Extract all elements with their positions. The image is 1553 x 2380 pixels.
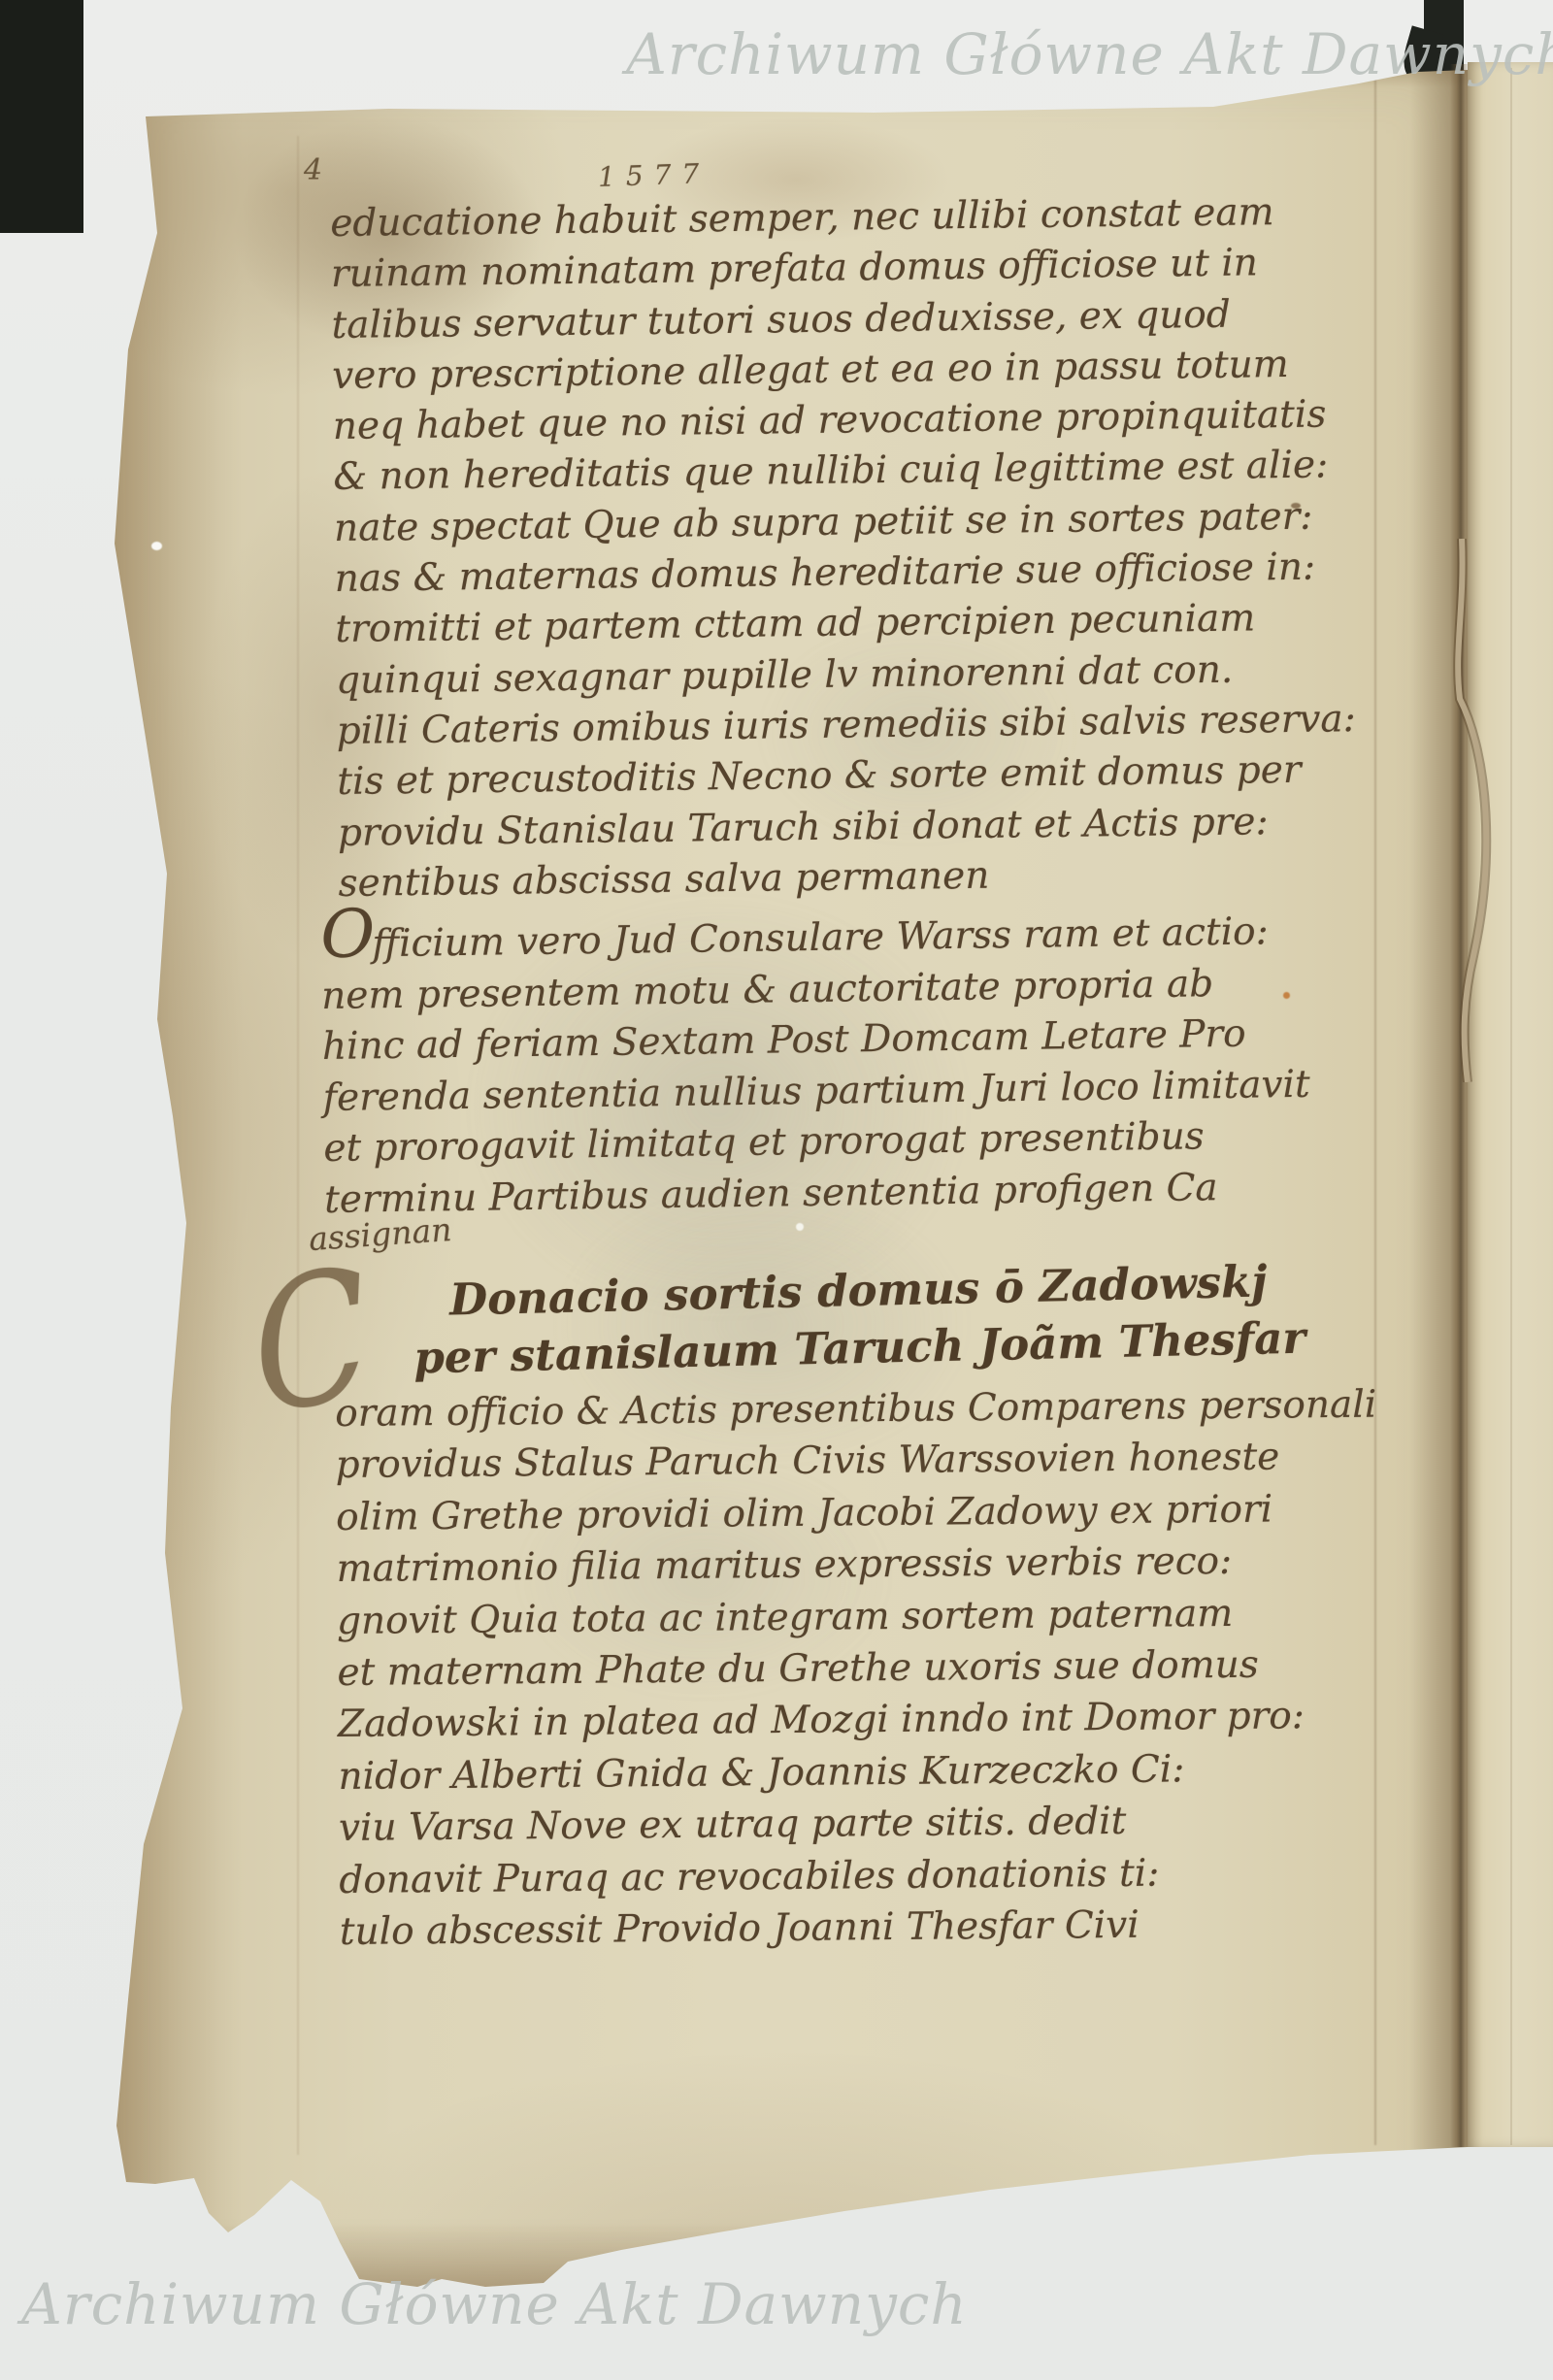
paper-speck: [122, 687, 132, 697]
section-heading: Donacio sortis domus ō Zadowskj per stan…: [329, 1250, 1389, 1389]
sewing-thread: [1433, 539, 1495, 1082]
archive-watermark-top: Archiwum Główne Akt Dawnych: [626, 21, 1553, 87]
paper-speck: [151, 542, 162, 550]
manuscript-line: olim Grethe providi olim Jacobi Zadowy e…: [336, 1482, 1413, 1543]
torn-edge-shading: [97, 58, 243, 2291]
manuscript-line: tulo abscessit Provido Joanni Thesfar Ci…: [340, 1897, 1417, 1958]
manuscript-line: providus Stalus Paruch Civis Warssovien …: [335, 1431, 1412, 1492]
manuscript-line: nidor Alberti Gnida & Joannis Kurzeczko …: [338, 1741, 1415, 1802]
archive-watermark-bottom: Archiwum Główne Akt Dawnych: [21, 2271, 968, 2337]
paper-speck: [796, 1223, 804, 1231]
manuscript-line: gnovit Quia tota ac integram sortem pate…: [337, 1586, 1414, 1647]
vertical-fold-crease: [297, 136, 299, 2155]
binding-gutter: [1450, 64, 1470, 2147]
manuscript-line: matrimonio filia maritus expressis verbi…: [336, 1535, 1413, 1596]
year-heading: 1577: [597, 157, 710, 193]
paragraph-1: educatione habuit semper, nec ullibi con…: [330, 185, 1416, 909]
facing-page-crease: [1510, 68, 1512, 2145]
manuscript-line: et maternam Phate du Grethe uxoris sue d…: [337, 1637, 1414, 1699]
folio-number: 4: [304, 153, 322, 187]
manuscript-line: oram officio & Actis presentibus Compare…: [335, 1378, 1412, 1439]
manuscript-line: donavit Puraq ac revocabiles donationis …: [339, 1845, 1416, 1906]
paragraph-2: Officium vero Jud Consulare Warss ram et…: [320, 895, 1411, 1226]
paragraph-3: oram officio & Actis presentibus Compare…: [335, 1378, 1417, 1958]
binding-strip-bottom: [0, 0, 83, 233]
manuscript-line: viu Varsa Nove ex utraq parte sitis. ded…: [339, 1794, 1416, 1855]
manuscript-line: Zadowski in platea ad Mozgi inndo int Do…: [338, 1690, 1415, 1751]
scan-viewport: 4 1577 educatione habuit semper, nec ull…: [0, 0, 1553, 2380]
